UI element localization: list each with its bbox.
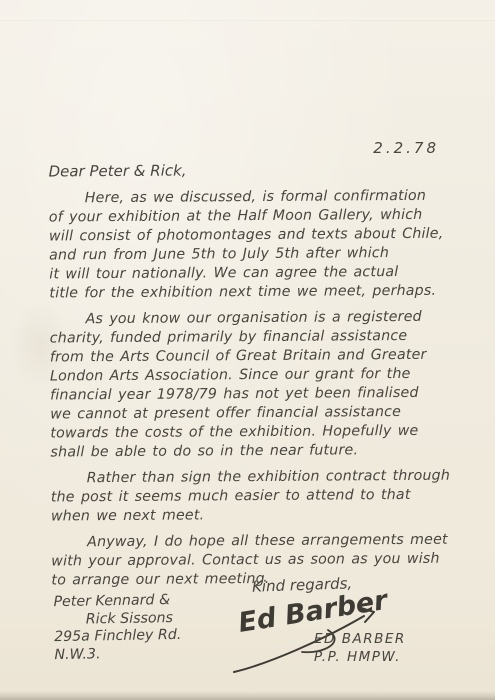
address-line: N.W.3. [54,644,181,663]
paper-crease [0,18,495,21]
address-line: Peter Kennard & [53,592,180,611]
paragraph-1: Here, as we discussed, is formal confirm… [49,187,465,304]
paragraph-2: As you know our organisation is a regist… [50,308,466,463]
letter-body: Dear Peter & Rick, Here, as we discussed… [48,159,466,598]
address-line: Rick Sissons [86,609,181,627]
signature-pp-line: P.P. HMPW. [314,649,401,665]
letter-page: 2.2.78 Dear Peter & Rick, Here, as we di… [0,0,495,700]
paper-bottom-edge [0,691,495,700]
letter-line: shall be able to do so in the near futur… [50,441,465,463]
letter-date: 2.2.78 [373,139,439,157]
letter-line: financial year 1978/79 has not yet been … [50,384,465,406]
letter-line: will consist of photomontages and texts … [49,225,464,247]
letter-line: with your approval. Contact us as soon a… [51,550,466,572]
letter-line: when we next meet. [51,505,466,527]
letter-line: towards the costs of the exhibition. Hop… [50,422,465,444]
letter-line: title for the exhibition next time we me… [49,282,464,304]
letter-line: the post it seems much easier to attend … [51,486,466,508]
salutation: Dear Peter & Rick, [48,159,463,182]
signature-printed-name: ED BARBER [314,631,406,647]
address-line: 295a Finchley Rd. [54,627,181,646]
paragraph-3: Rather than sign the exhibition contract… [51,467,466,527]
recipient-address: Peter Kennard & Rick Sissons 295a Finchl… [53,592,181,663]
